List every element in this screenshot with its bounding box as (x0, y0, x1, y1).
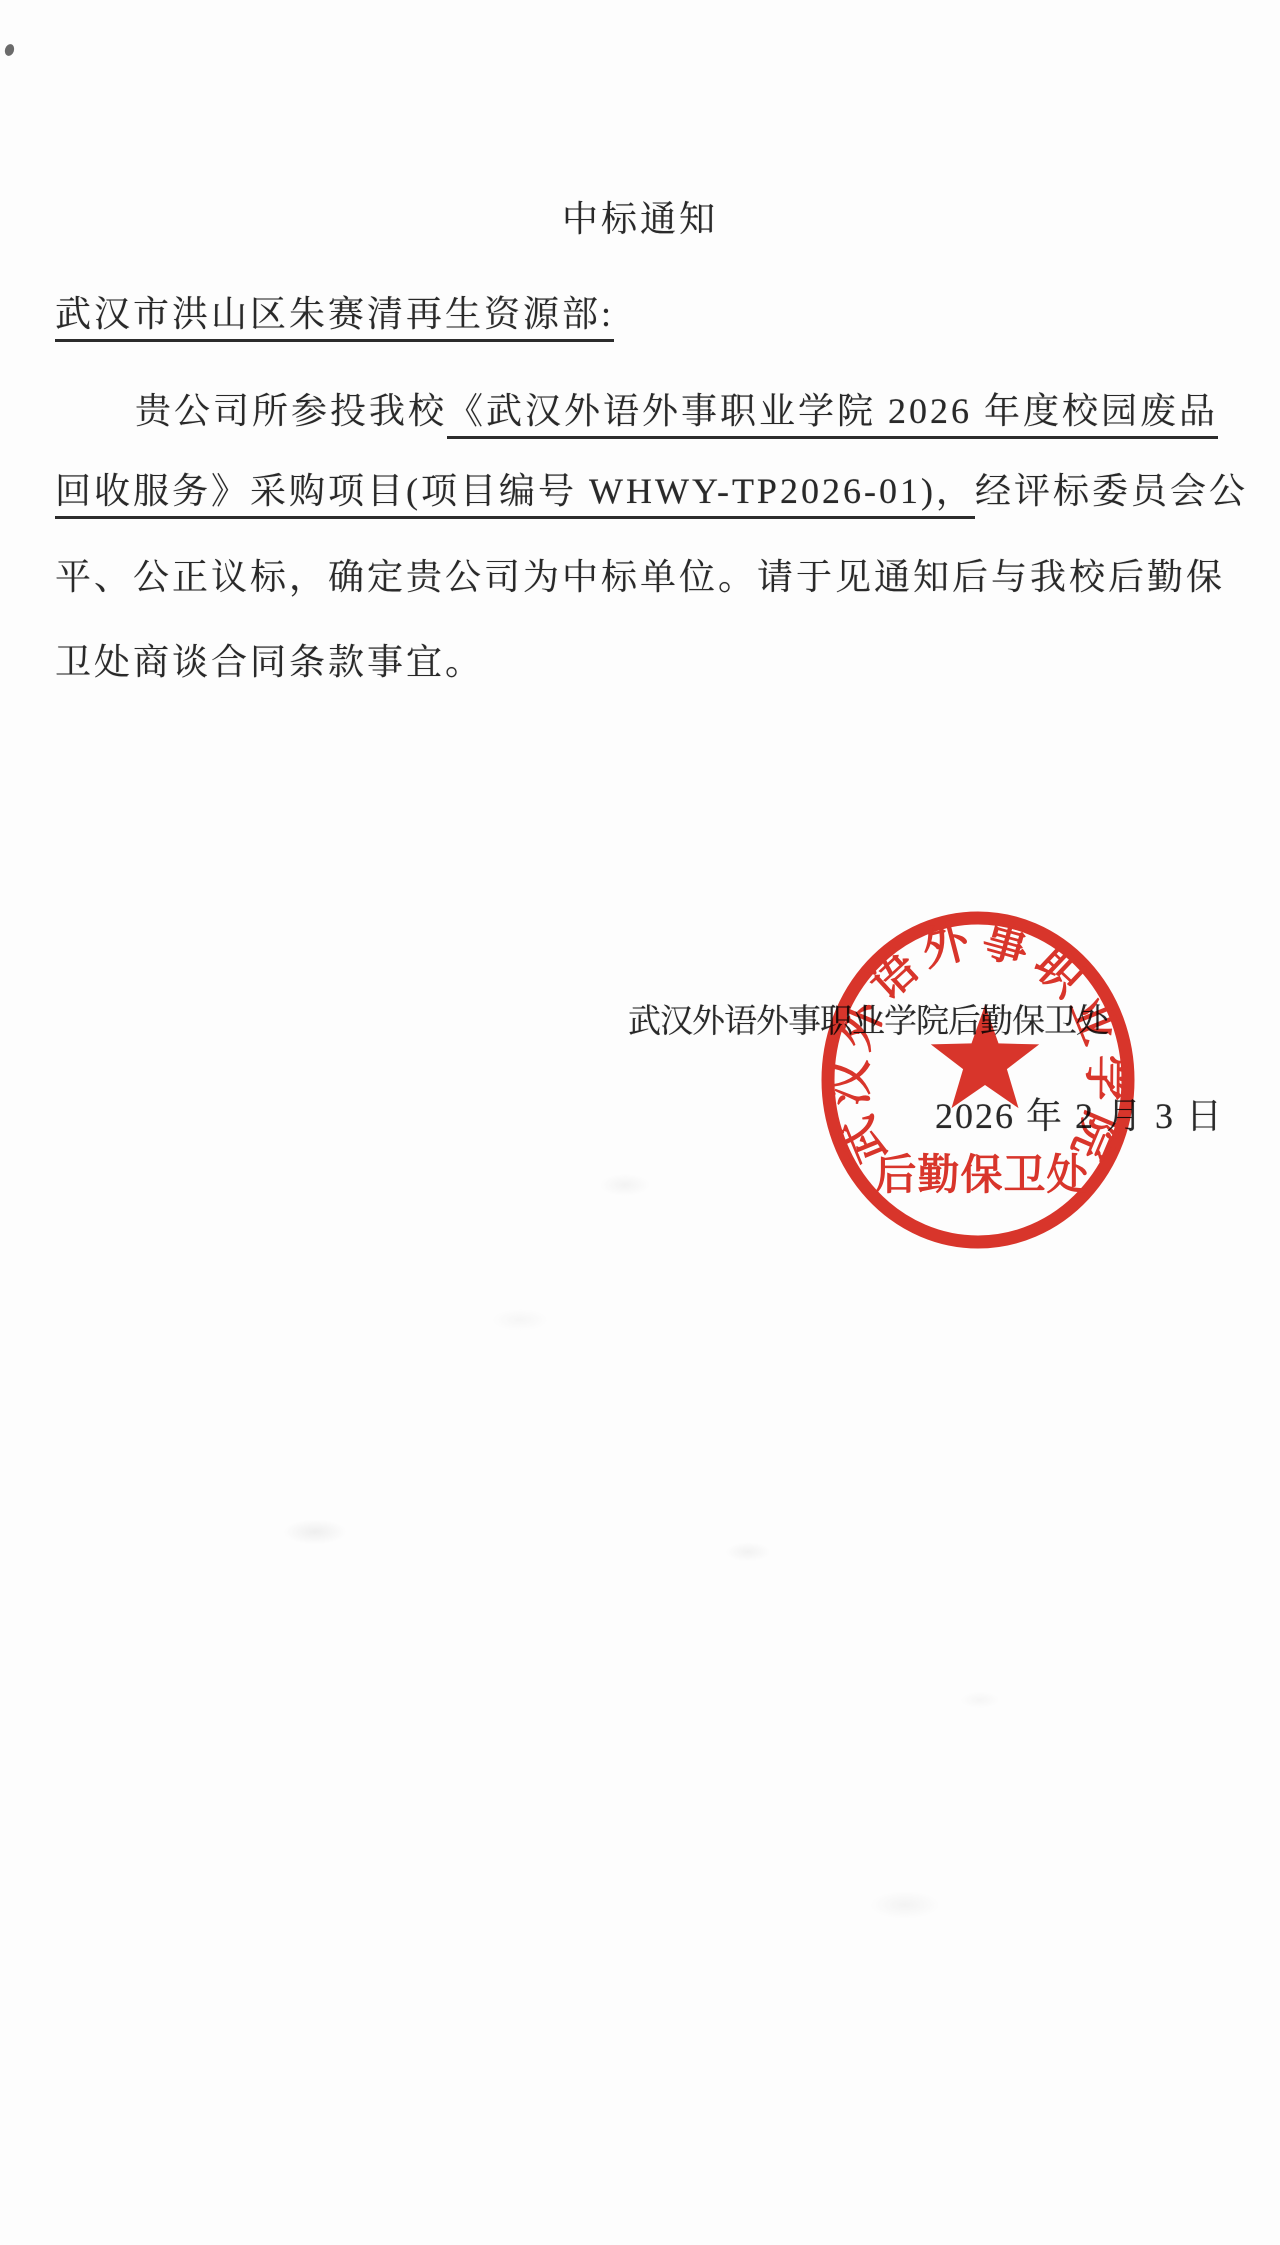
body-line-1: 贵公司所参投我校《武汉外语外事职业学院 2026 年度校园废品 (55, 383, 1218, 434)
addressee-text: 武汉市洪山区朱赛清再生资源部: (55, 294, 614, 342)
body-line-1-plain: 贵公司所参投我校 (55, 391, 447, 431)
body-line-4: 卫处商谈合同条款事宜。 (55, 634, 484, 685)
body-line-2-plain: 经评标委员会公 (975, 471, 1248, 511)
stamp-bottom-text: 后勤保卫处 (874, 1152, 1089, 1199)
scanned-document-page: 中标通知 武汉市洪山区朱赛清再生资源部: 贵公司所参投我校《武汉外语外事职业学院… (0, 0, 1280, 2245)
body-line-3: 平、公正议标，确定贵公司为中标单位。请于见通知后与我校后勤保 (55, 549, 1225, 600)
body-line-2-underlined: 回收服务》采购项目(项目编号 WHWY-TP2026-01)， (55, 471, 975, 519)
star-icon (931, 1005, 1039, 1108)
official-stamp: 武汉外语外事职业学院 后勤保卫处 (806, 902, 1150, 1262)
body-line-2: 回收服务》采购项目(项目编号 WHWY-TP2026-01)，经评标委员会公 (55, 463, 1248, 514)
document-title: 中标通知 (0, 191, 1280, 242)
addressee-line: 武汉市洪山区朱赛清再生资源部: (55, 286, 614, 337)
body-line-1-underlined: 《武汉外语外事职业学院 2026 年度校园废品 (447, 391, 1218, 439)
